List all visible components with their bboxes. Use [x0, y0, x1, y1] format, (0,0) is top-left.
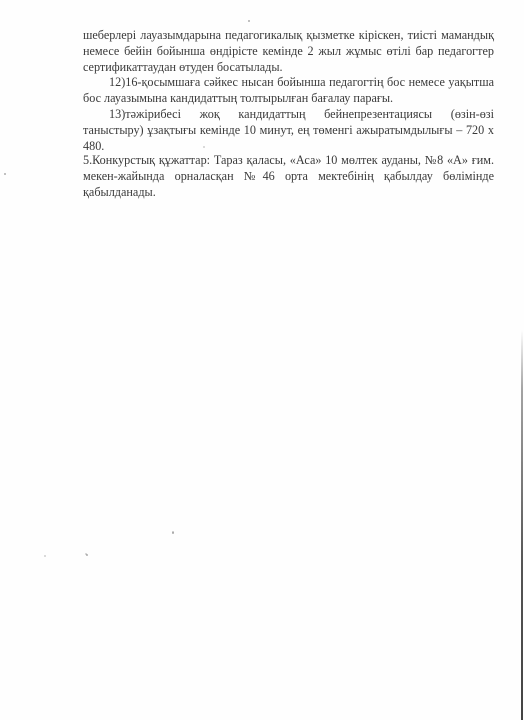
section-5-submission-info: 5.Конкурстық құжаттар: Тараз қаласы, «Ас… — [83, 153, 494, 200]
scan-speck — [4, 173, 6, 175]
scan-speck — [44, 555, 46, 557]
scanned-page: шеберлері лауазымдарына педагогикалық қы… — [0, 0, 524, 720]
paragraph-continuation: шеберлері лауазымдарына педагогикалық қы… — [83, 28, 494, 75]
paragraph-item-13: 13)тәжірибесі жоқ кандидаттың бейнепрезе… — [83, 107, 494, 154]
scan-speck — [203, 146, 205, 148]
scan-speck — [172, 531, 174, 533]
document-body: шеберлері лауазымдарына педагогикалық қы… — [83, 28, 494, 154]
paragraph-item-12: 12)16-қосымшаға сәйкес нысан бойынша пед… — [83, 75, 494, 107]
scan-shadow-edge — [521, 330, 523, 720]
scan-speck — [248, 20, 250, 22]
scan-speck — [85, 553, 87, 555]
paragraph-section-5: 5.Конкурстық құжаттар: Тараз қаласы, «Ас… — [83, 153, 494, 200]
